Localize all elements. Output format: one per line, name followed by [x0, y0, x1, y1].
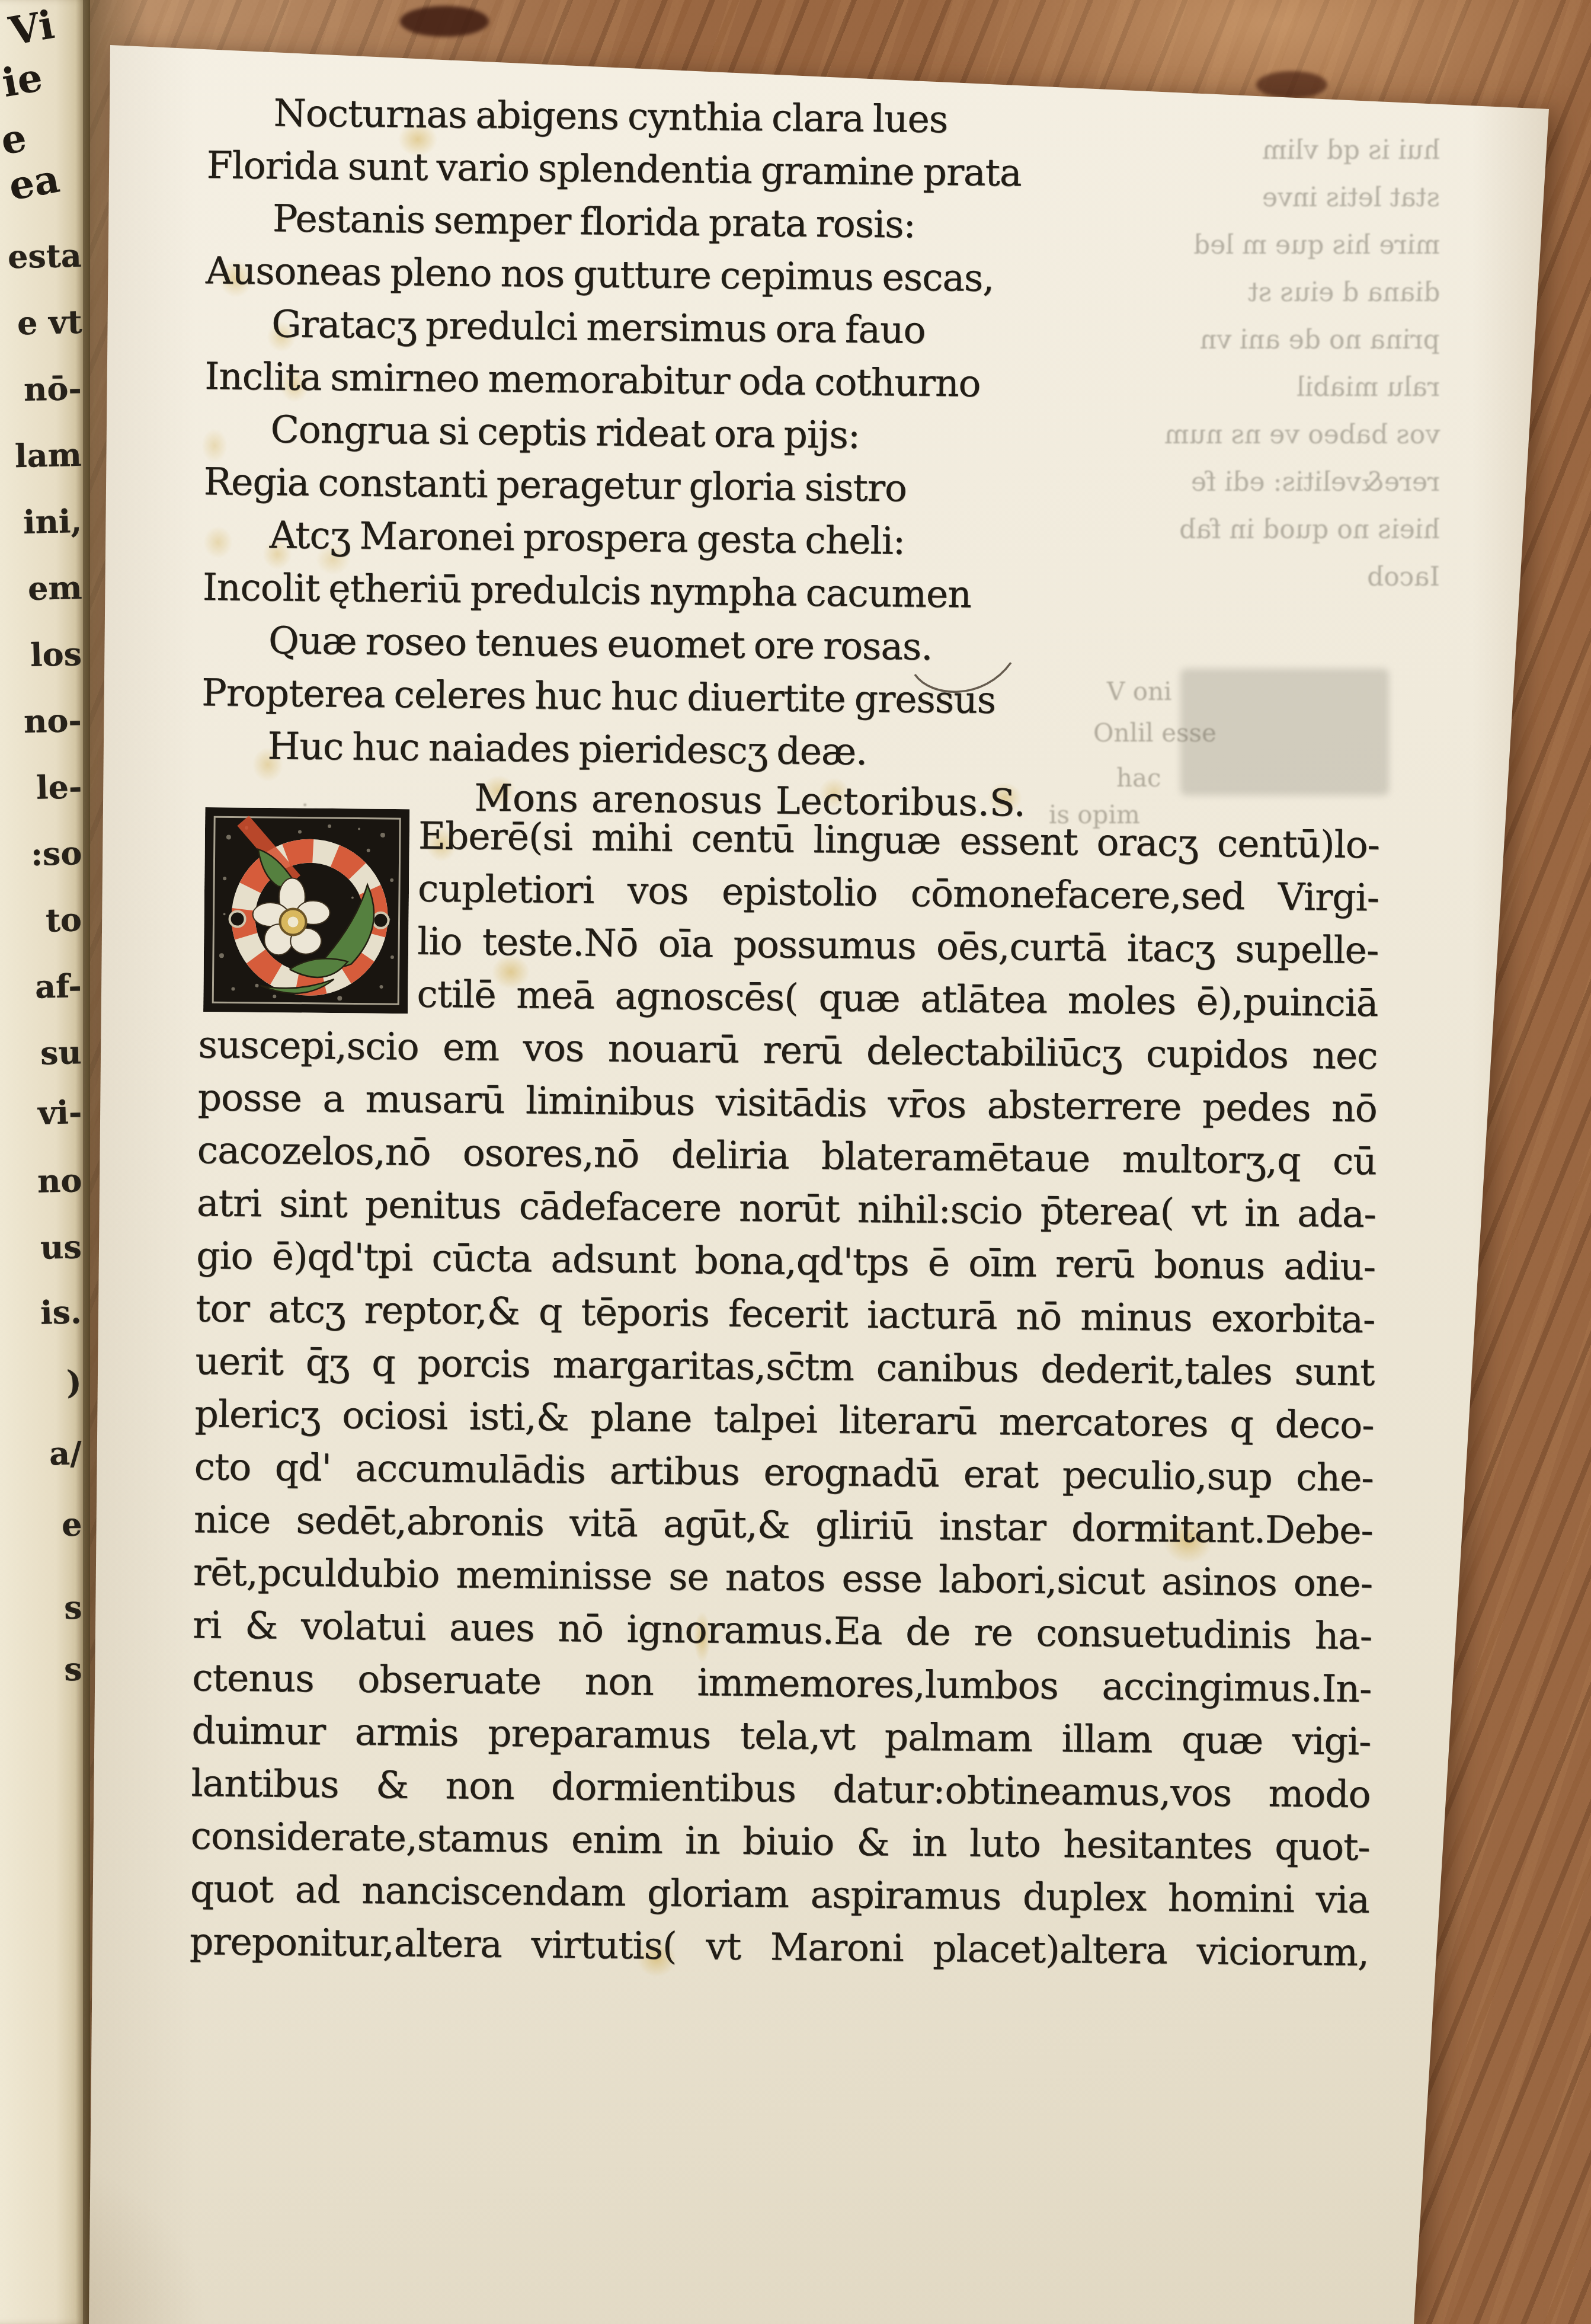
verse-line: Ausoneas pleno nos gutture cepimus escas…: [206, 247, 994, 302]
prose-line: cupletiori vos epistolio cōmonefacere,se…: [418, 865, 1379, 922]
prose-line: rēt,pculdubio meminisse se natos esse la…: [193, 1549, 1373, 1607]
prose-line: ri & volatui aues nō ignoramus.Ea de re …: [193, 1601, 1372, 1660]
prose-line: nice sedēt,abronis vitā agūt,& gliriū in…: [193, 1496, 1373, 1555]
page-shadow-wrap: hui is qd vlimstat letis invemire his qu…: [0, 0, 1591, 2324]
prose-line: lio teste.Nō oīa possumus oēs,curtā itac…: [417, 918, 1379, 974]
verse-line: Pestanis semper florida prata rosis:: [273, 195, 916, 248]
prose-line: ctilē meā agnoscēs( quæ atlātea moles ē)…: [417, 970, 1378, 1027]
prose-line: plericʒ ociosi isti,& plane talpei liter…: [194, 1390, 1374, 1449]
verse-line: Regia constanti peragetur gloria sistro: [203, 458, 907, 512]
prose-line: preponitur,altera virtutis( vt Maroni pl…: [190, 1918, 1369, 1977]
printed-text-block: Nocturnas abigens cynthia clara luesFlor…: [188, 89, 1387, 2115]
verse-line: Quæ roseo tenues euomet ore rosas.: [268, 617, 933, 671]
verse-line: Nocturnas abigens cynthia clara lues: [273, 89, 947, 143]
prose-line: Eberē(si mihi centū linguæ essent oracʒ …: [418, 812, 1380, 869]
prose-line: ctenus obseruate non immemores,lumbos ac…: [192, 1654, 1372, 1713]
prose-line: suscepi,scio em vos nouarū rerū delectab…: [198, 1021, 1378, 1080]
verse-line: Inclita smirneo memorabitur oda cothurno: [204, 353, 981, 408]
prose-line: tor atcʒ reptor,& q tēporis fecerit iact…: [196, 1285, 1375, 1344]
verse-line: Incolit ętheriū predulcis nympha cacumen: [203, 564, 972, 618]
prose-line: quot ad nanciscendam gloriam aspiramus d…: [190, 1865, 1369, 1924]
prose-line: cacozelos,nō osores,nō deliria blateramē…: [197, 1127, 1376, 1185]
prose-line: lantibus & non dormientibus datur:obtine…: [191, 1760, 1371, 1818]
verse-line: Propterea celeres huc huc diuertite gres…: [201, 669, 996, 724]
book-page: hui is qd vlimstat letis invemire his qu…: [0, 0, 1591, 2324]
verse-line: Huc huc naiades pieridescʒ deæ.: [267, 723, 867, 776]
prose-line: considerate,stamus enim in biuio & in lu…: [190, 1812, 1370, 1871]
verse-line: Atcʒ Maronei prospera gesta cheli:: [269, 512, 905, 565]
prose-line: uerit q̄ʒ q porcis margaritas,sc̄tm cani…: [195, 1338, 1375, 1396]
verse-line: Congrua si ceptis rideat ora pijs:: [270, 406, 860, 459]
verse-line: Gratacʒ predulci mersimus ora fauo: [271, 301, 926, 354]
prose-line: posse a musarū liminibus visitādis vr̄os…: [197, 1074, 1377, 1133]
prose-line: duimur armis preparamus tela,vt palmam i…: [191, 1707, 1371, 1766]
prose-line: gio ē)qd'tpi cūcta adsunt bona,qd'tps ē …: [196, 1232, 1376, 1291]
verse-section: Nocturnas abigens cynthia clara luesFlor…: [207, 89, 1387, 100]
verse-line: Florida sunt vario splendentia gramine p…: [206, 142, 1021, 197]
prose-line: atri sint penitus cādefacere norūt nihil…: [197, 1179, 1376, 1238]
photo-of-incunabulum-page: Viiee ea estae vtnō-lamini,emlosno-le-:s…: [0, 0, 1591, 2324]
prose-line: cto qd' accumulādis artibus erognadū era…: [194, 1443, 1374, 1502]
woodcut-initial-D: [203, 807, 409, 1014]
